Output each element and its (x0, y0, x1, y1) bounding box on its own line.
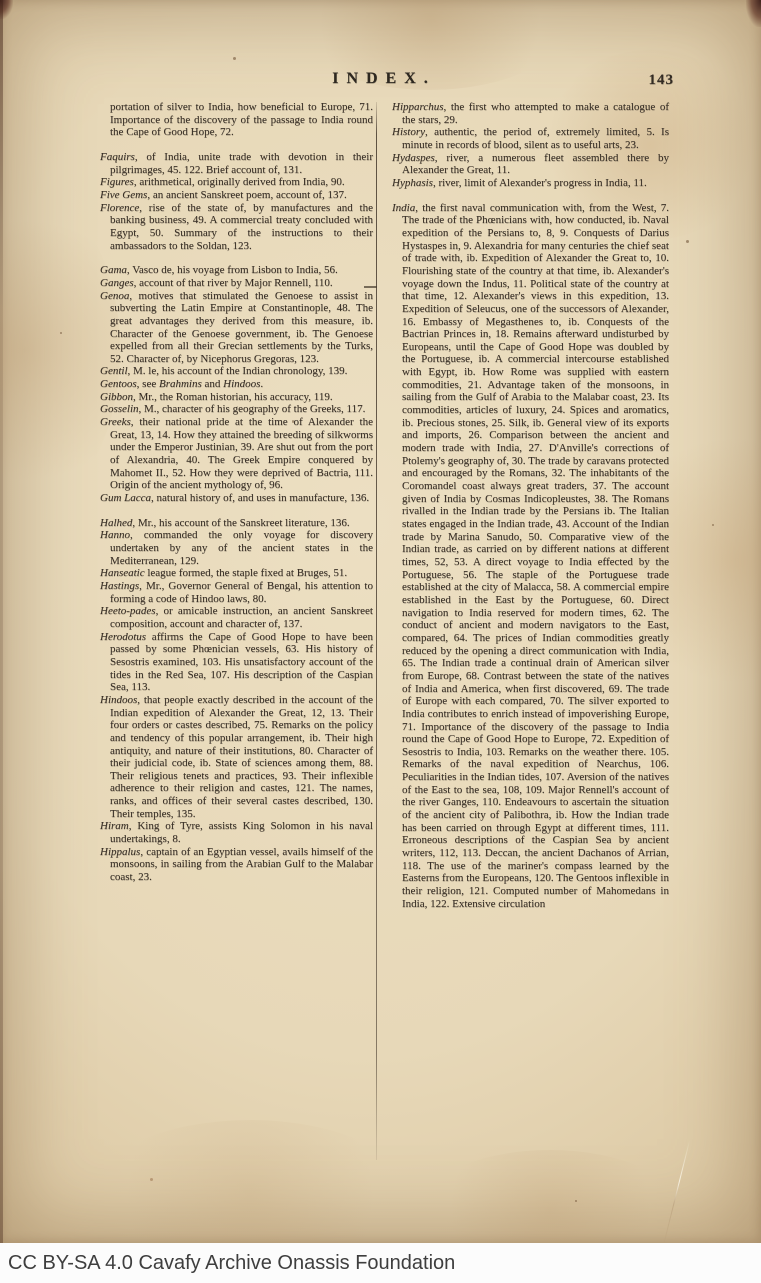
index-entry: Gama, Vasco de, his voyage from Lisbon t… (100, 264, 373, 277)
index-letter-group: Halhed, Mr., his account of the Sanskree… (100, 517, 373, 884)
foxing-speck (233, 57, 236, 60)
index-term: Hipparchus (392, 101, 444, 113)
index-term: Herodotus (100, 631, 146, 643)
index-entry: Figures, arithmetical, originally derive… (100, 176, 373, 189)
index-term: India (392, 202, 415, 214)
index-entry: Hyphasis, river, limit of Alexander's pr… (392, 177, 669, 190)
index-term: Figures (100, 176, 134, 188)
index-term: Gibbon (100, 391, 133, 403)
index-term: Greeks (100, 416, 131, 428)
index-entry: India, the first naval communication wit… (392, 202, 669, 911)
index-term: Halhed (100, 517, 132, 529)
index-term: Gosselin (100, 403, 139, 415)
paper-crease (663, 1140, 691, 1247)
index-entry: Gosselin, M., character of his geography… (100, 403, 373, 416)
index-entry: Gibbon, Mr., the Roman historian, his ac… (100, 391, 373, 404)
index-entry: Five Gems, an ancient Sanskreet poem, ac… (100, 189, 373, 202)
page-header: INDEX. 143 (100, 70, 668, 92)
index-term: Ganges (100, 277, 134, 289)
license-text: CC BY-SA 4.0 Cavafy Archive Onassis Foun… (8, 1252, 455, 1275)
page-corner-mark-right (746, 0, 761, 27)
index-term: Hydaspes (392, 152, 435, 164)
index-entry: Halhed, Mr., his account of the Sanskree… (100, 517, 373, 530)
index-term: Heeto-pades (100, 605, 156, 617)
index-term: Hippalus (100, 846, 140, 858)
index-entry: Heeto-pades, or amicable instruction, an… (100, 605, 373, 630)
index-term: Genoa (100, 290, 129, 302)
foxing-speck (712, 524, 714, 526)
index-letter-group: portation of silver to India, how benefi… (100, 101, 373, 139)
index-term: Faquirs (100, 151, 135, 163)
index-letter-group: Gama, Vasco de, his voyage from Lisbon t… (100, 264, 373, 504)
index-term: Hiram (100, 820, 129, 832)
attribution-bar: CC BY-SA 4.0 Cavafy Archive Onassis Foun… (0, 1243, 761, 1283)
index-term: Hanno (100, 529, 130, 541)
foxing-speck (60, 332, 62, 334)
binding-edge (0, 0, 3, 1243)
index-entry: Hiram, King of Tyre, assists King Solomo… (100, 820, 373, 845)
index-entry: Herodotus affirms the Cape of Good Hope … (100, 631, 373, 694)
cross-reference-term: Brahmins (159, 378, 202, 390)
foxing-speck (686, 240, 689, 243)
index-term: Five Gems (100, 189, 147, 201)
index-term: Hindoos (100, 694, 137, 706)
index-entry: Faquirs, of India, unite trade with devo… (100, 151, 373, 176)
index-entry: Hastings, Mr., Governor General of Benga… (100, 580, 373, 605)
index-entry: Hipparchus, the first who attempted to m… (392, 101, 669, 126)
foxing-speck (575, 1200, 577, 1202)
index-term: Hastings (100, 580, 139, 592)
index-entry: Hanseatic league formed, the staple fixe… (100, 567, 373, 580)
index-term: Hyphasis (392, 177, 433, 189)
index-entry: Hydaspes, river, a numerous fleet assemb… (392, 152, 669, 177)
index-entry-continuation: portation of silver to India, how benefi… (100, 101, 373, 139)
index-entry: Greeks, their national pride at the time… (100, 416, 373, 492)
index-column-right: Hipparchus, the first who attempted to m… (392, 101, 669, 910)
index-entry: Ganges, account of that river by Major R… (100, 277, 373, 290)
index-term: Florence (100, 202, 139, 214)
index-entry: Hindoos, that people exactly described i… (100, 694, 373, 821)
index-entry: History, authentic, the period of, extre… (392, 126, 669, 151)
index-entry: Florence, rise of the state of, by manuf… (100, 202, 373, 253)
index-column-left: portation of silver to India, how benefi… (100, 101, 373, 884)
index-letter-group: India, the first naval communication wit… (392, 202, 669, 911)
foxing-speck (150, 1178, 153, 1181)
index-term: Gum Lacca (100, 492, 151, 504)
index-entry: Gentoos, see Brahmins and Hindoos. (100, 378, 373, 391)
index-entry: Genoa, motives that stimulated the Genoe… (100, 290, 373, 366)
index-entry: Gentil, M. le, his account of the Indian… (100, 365, 373, 378)
column-divider-rule (376, 102, 377, 1160)
index-letter-group: Hipparchus, the first who attempted to m… (392, 101, 669, 190)
page-title: INDEX. (100, 70, 668, 88)
page-number: 143 (649, 72, 675, 89)
index-term: Gentoos (100, 378, 137, 390)
index-term: Gentil (100, 365, 128, 377)
index-term: Hanseatic (100, 567, 145, 579)
index-entry: Hippalus, captain of an Egyptian vessel,… (100, 846, 373, 884)
scanned-page: INDEX. 143 portation of silver to India,… (0, 0, 761, 1243)
cross-reference-term: Hindoos (223, 378, 260, 390)
index-letter-group: Faquirs, of India, unite trade with devo… (100, 151, 373, 252)
index-entry: Hanno, commanded the only voyage for dis… (100, 529, 373, 567)
index-term: Gama (100, 264, 127, 276)
index-term: History (392, 126, 425, 138)
index-entry: Gum Lacca, natural history of, and uses … (100, 492, 373, 505)
